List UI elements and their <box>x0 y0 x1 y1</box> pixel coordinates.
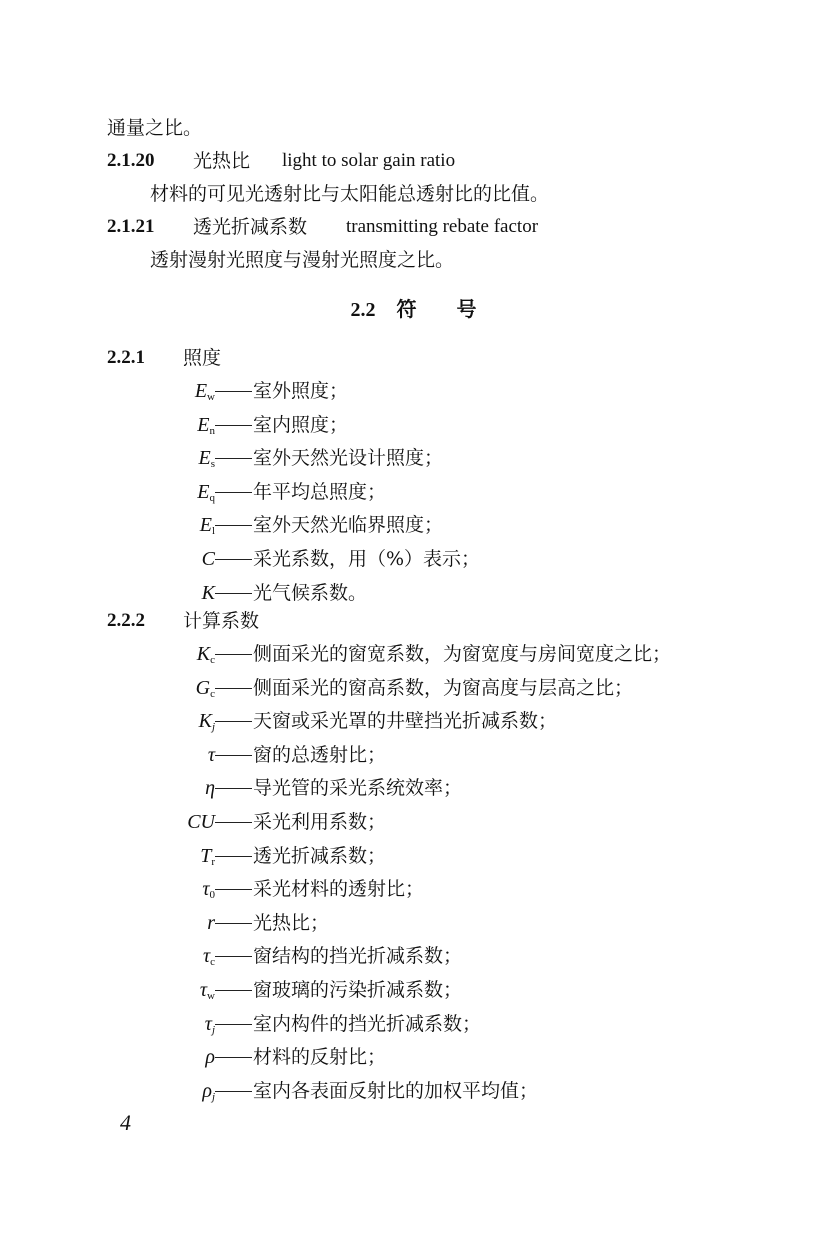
symbol-base: η <box>205 777 215 799</box>
symbol-definition: 室外天然光设计照度； <box>253 441 443 475</box>
symbol-base: E <box>195 380 207 402</box>
symbol-definition: 年平均总照度； <box>253 475 386 509</box>
symbol-subscript: c <box>210 956 215 968</box>
symbol-base: G <box>196 677 210 699</box>
symbol-row: τc窗结构的挡光折减系数； <box>0 939 827 973</box>
em-dash-rule <box>215 822 252 823</box>
symbol-subscript: c <box>210 688 215 700</box>
group-title: 计算系数 <box>183 604 259 638</box>
term-en: light to solar gain ratio <box>282 144 455 178</box>
symbol-subscript: j <box>212 1091 215 1103</box>
group-2-2-2-heading: 2.2.2 计算系数 <box>0 604 827 638</box>
symbol-base: K <box>197 643 210 665</box>
symbol-row: Kc侧面采光的窗宽系数，为窗宽度与房间宽度之比； <box>0 637 827 671</box>
term-number: 2.1.21 <box>107 210 155 244</box>
symbol-definition: 室内照度； <box>253 408 348 442</box>
em-dash-rule <box>215 559 252 560</box>
symbol-row: Ew室外照度； <box>0 374 827 408</box>
term-number: 2.1.20 <box>107 144 155 178</box>
symbol-definition: 室外天然光临界照度； <box>253 508 443 542</box>
continuation-text: 通量之比。 <box>107 111 202 145</box>
symbol-subscript: q <box>210 492 216 504</box>
symbol-row: Eq年平均总照度； <box>0 475 827 509</box>
group-number: 2.2.2 <box>107 604 145 638</box>
em-dash-rule <box>215 525 252 526</box>
term-2-1-20: 2.1.20 光热比 light to solar gain ratio <box>0 144 827 178</box>
em-dash-rule <box>215 458 252 459</box>
symbol-definition: 导光管的采光系统效率； <box>253 771 462 805</box>
term-definition: 材料的可见光透射比与太阳能总透射比的比值。 <box>150 177 549 211</box>
symbol-definition: 室内构件的挡光折减系数； <box>253 1007 481 1041</box>
section-heading: 2.2 符 号 <box>0 292 827 327</box>
symbol-base: ρ <box>205 1046 215 1068</box>
term-en: transmitting rebate factor <box>346 210 538 244</box>
term-zh: 光热比 <box>193 144 250 178</box>
em-dash-rule <box>215 721 252 722</box>
symbol-base: CU <box>187 811 215 833</box>
symbol-subscript: l <box>212 525 215 537</box>
term-2-1-21: 2.1.21 透光折减系数 transmitting rebate factor <box>0 210 827 244</box>
em-dash-rule <box>215 889 252 890</box>
symbol-base: E <box>197 481 209 503</box>
symbol-row: ρ材料的反射比； <box>0 1040 827 1074</box>
symbol-base: r <box>207 912 215 934</box>
symbol-row: τw窗玻璃的污染折减系数； <box>0 973 827 1007</box>
symbol-subscript: s <box>211 458 215 470</box>
em-dash-rule <box>215 788 252 789</box>
symbol-row: CU采光利用系数； <box>0 805 827 839</box>
symbol-row: τj室内构件的挡光折减系数； <box>0 1007 827 1041</box>
symbol-definition: 窗玻璃的污染折减系数； <box>253 973 462 1007</box>
symbol-row: ρj室内各表面反射比的加权平均值； <box>0 1074 827 1108</box>
em-dash-rule <box>215 1091 252 1092</box>
symbol-definition: 采光利用系数； <box>253 805 386 839</box>
symbol-subscript: w <box>207 990 215 1002</box>
symbol-definition: 室内各表面反射比的加权平均值； <box>253 1074 538 1108</box>
em-dash-rule <box>215 755 252 756</box>
symbol-base: E <box>200 514 212 536</box>
symbol-row: r光热比； <box>0 906 827 940</box>
symbol-definition: 天窗或采光罩的井壁挡光折减系数； <box>253 704 557 738</box>
symbol-definition: 采光系数，用（%）表示； <box>253 542 480 576</box>
symbol-subscript: n <box>210 425 216 437</box>
symbol-base: ρ <box>202 1080 212 1102</box>
symbol-row: En室内照度； <box>0 408 827 442</box>
symbol-row: η导光管的采光系统效率； <box>0 771 827 805</box>
symbol-definition: 材料的反射比； <box>253 1040 386 1074</box>
section-title: 符 号 <box>396 297 476 321</box>
group-title: 照度 <box>183 341 221 375</box>
em-dash-rule <box>215 654 252 655</box>
em-dash-rule <box>215 593 252 594</box>
em-dash-rule <box>215 425 252 426</box>
symbol-base: T <box>200 845 211 867</box>
symbol-subscript: r <box>211 856 215 868</box>
symbol-subscript: j <box>212 721 215 733</box>
symbol-row: τ窗的总透射比； <box>0 738 827 772</box>
symbol-base: E <box>197 414 209 436</box>
em-dash-rule <box>215 688 252 689</box>
symbol-definition: 侧面采光的窗宽系数，为窗宽度与房间宽度之比； <box>253 637 671 671</box>
symbol-base: K <box>199 710 212 732</box>
symbol: ρj <box>202 1074 215 1114</box>
symbol-definition: 光热比； <box>253 906 329 940</box>
symbol-row: Tr透光折减系数； <box>0 839 827 873</box>
symbol-row: τ0采光材料的透射比； <box>0 872 827 906</box>
symbol-definition: 室外照度； <box>253 374 348 408</box>
symbol-subscript: 0 <box>210 889 216 901</box>
symbol-base: τ <box>202 878 209 900</box>
symbol-base: τ <box>205 1013 212 1035</box>
em-dash-rule <box>215 1024 252 1025</box>
symbol-row: El室外天然光临界照度； <box>0 508 827 542</box>
symbol-definition: 侧面采光的窗高系数，为窗高度与层高之比； <box>253 671 633 705</box>
symbol-definition: 透光折减系数； <box>253 839 386 873</box>
term-definition: 透射漫射光照度与漫射光照度之比。 <box>150 243 454 277</box>
em-dash-rule <box>215 923 252 924</box>
em-dash-rule <box>215 990 252 991</box>
term-zh: 透光折减系数 <box>193 210 307 244</box>
symbol-subscript: w <box>207 391 215 403</box>
symbol-definition: 窗结构的挡光折减系数； <box>253 939 462 973</box>
em-dash-rule <box>215 956 252 957</box>
em-dash-rule <box>215 1057 252 1058</box>
em-dash-rule <box>215 391 252 392</box>
symbol-base: K <box>202 582 215 604</box>
group-2-2-1-heading: 2.2.1 照度 <box>0 341 827 375</box>
symbol-row: Gc侧面采光的窗高系数，为窗高度与层高之比； <box>0 671 827 705</box>
symbol-base: τ <box>208 744 215 766</box>
group-number: 2.2.1 <box>107 341 145 375</box>
symbol-row: Es室外天然光设计照度； <box>0 441 827 475</box>
em-dash-rule <box>215 492 252 493</box>
symbol-base: τ <box>200 979 207 1001</box>
em-dash-rule <box>215 856 252 857</box>
symbol-definition: 采光材料的透射比； <box>253 872 424 906</box>
symbol-base: E <box>199 447 211 469</box>
symbol-row: C采光系数，用（%）表示； <box>0 542 827 576</box>
symbol-definition: 窗的总透射比； <box>253 738 386 772</box>
symbol-subscript: j <box>212 1024 215 1036</box>
symbol-row: Kj天窗或采光罩的井壁挡光折减系数； <box>0 704 827 738</box>
symbol-base: C <box>202 548 215 570</box>
symbol-subscript: c <box>210 654 215 666</box>
page-number: 4 <box>120 1110 131 1136</box>
section-number: 2.2 <box>351 299 376 321</box>
